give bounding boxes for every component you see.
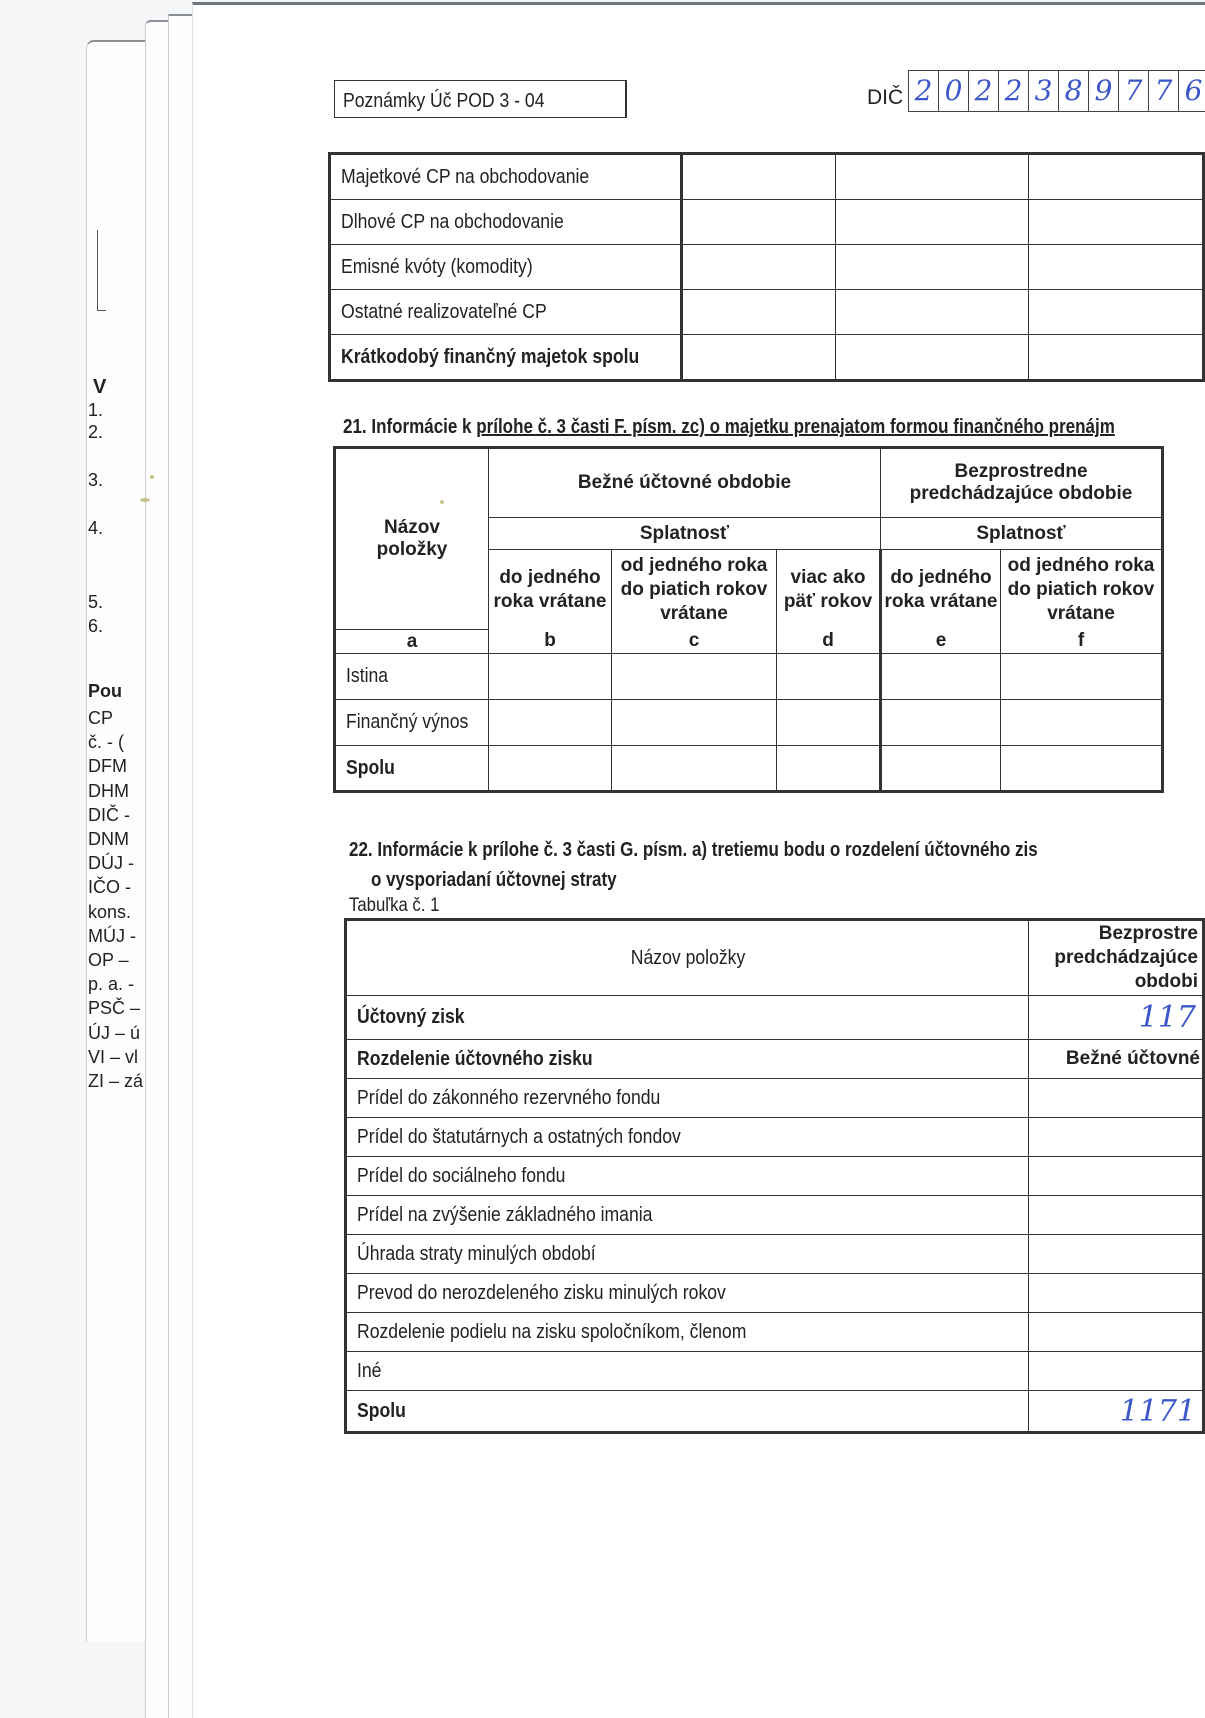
value-cell[interactable] xyxy=(1001,654,1163,700)
table-caption: Tabuľka č. 1 xyxy=(349,895,452,917)
column-letter: e xyxy=(881,630,1001,654)
peek-number: 2. xyxy=(88,422,103,443)
column-letter: c xyxy=(612,630,777,654)
peek-abbrev-item: p. a. - xyxy=(88,972,143,996)
maturity-column-header: do jedného roka vrátane xyxy=(881,550,1001,630)
value-cell[interactable] xyxy=(1001,700,1163,746)
table-row: Prídel do sociálneho fondu xyxy=(346,1157,1204,1196)
value-cell[interactable] xyxy=(777,654,881,700)
peek-number: 1. xyxy=(88,398,103,422)
peek-abbrev-title: Pou xyxy=(88,681,122,702)
dic-digit-box[interactable]: 7 xyxy=(1149,71,1179,111)
dic-digit-box[interactable]: 2 xyxy=(909,71,939,111)
peek-number: 6. xyxy=(88,616,103,637)
section-21-title: 21. Informácie k prílohe č. 3 časti F. p… xyxy=(343,416,1205,439)
table-row: Krátkodobý finančný majetok spolu xyxy=(330,335,1204,381)
maturity-column-header: od jedného roka do piatich rokov vrátane xyxy=(612,550,777,630)
row-label: Finančný výnos xyxy=(335,700,489,746)
profit-row-label: Účtovný zisk xyxy=(346,996,1029,1040)
value-cell[interactable] xyxy=(1029,154,1204,200)
value-cell[interactable] xyxy=(1001,746,1163,792)
maturity-header: Splatnosť xyxy=(881,518,1163,550)
row-label: Istina xyxy=(335,654,489,700)
value-cell[interactable] xyxy=(1029,1196,1204,1235)
value-cell[interactable] xyxy=(681,200,835,245)
column-letter: b xyxy=(489,630,612,654)
dic-digit-box[interactable]: 2 xyxy=(969,71,999,111)
table-row: Rozdelenie podielu na zisku spoločníkom,… xyxy=(346,1313,1204,1352)
peek-abbrev-item: IČO - xyxy=(88,875,143,899)
current-period-header: Bežné účtovné obdobie xyxy=(489,448,881,518)
section-22-title: 22. Informácie k prílohe č. 3 časti G. p… xyxy=(349,835,1159,895)
dic-digit-box[interactable]: 8 xyxy=(1059,71,1089,111)
financial-lease-table: Názov položky Bežné účtovné obdobie Bezp… xyxy=(333,446,1164,793)
col-name-header: Názov položky xyxy=(335,448,489,630)
value-cell[interactable] xyxy=(777,700,881,746)
scan-speck xyxy=(140,498,150,502)
scan-speck xyxy=(150,475,154,479)
peek-abbrev-item: ZI – zá xyxy=(88,1069,143,1093)
maturity-column-header: od jedného roka do piatich rokov vrátane xyxy=(1001,550,1163,630)
table-row: Finančný výnos xyxy=(335,700,1163,746)
row-label: Iné xyxy=(346,1352,1029,1391)
table-row: Prevod do nerozdeleného zisku minulých r… xyxy=(346,1274,1204,1313)
row-label: Prídel do sociálneho fondu xyxy=(346,1157,1029,1196)
row-label: Ostatné realizovateľné CP xyxy=(330,290,682,335)
value-cell[interactable] xyxy=(612,746,777,792)
peek-number: 4. xyxy=(88,518,103,539)
peek-abbrev-item: DIČ - xyxy=(88,803,143,827)
value-cell[interactable] xyxy=(777,746,881,792)
scan-speck xyxy=(440,500,444,504)
value-cell[interactable] xyxy=(836,154,1029,200)
table-row: Istina xyxy=(335,654,1163,700)
row-label: Prídel na zvýšenie základného imania xyxy=(346,1196,1029,1235)
dic-label: DIČ xyxy=(867,86,903,110)
peek-heading: V xyxy=(93,376,106,399)
row-label: Emisné kvóty (komodity) xyxy=(330,245,682,290)
value-cell[interactable] xyxy=(1029,1157,1204,1196)
dic-digit-box[interactable]: 9 xyxy=(1089,71,1119,111)
peek-abbrev-item: DHM xyxy=(88,779,143,803)
value-cell[interactable] xyxy=(836,200,1029,245)
value-cell[interactable] xyxy=(681,335,835,381)
value-cell[interactable] xyxy=(1029,200,1204,245)
dic-digit-box[interactable]: 3 xyxy=(1029,71,1059,111)
row-label: Rozdelenie podielu na zisku spoločníkom,… xyxy=(346,1313,1029,1352)
value-cell[interactable] xyxy=(612,700,777,746)
table-row: Úhrada straty minulých období xyxy=(346,1235,1204,1274)
dic-digit-boxes[interactable]: 2022389776 xyxy=(908,70,1205,112)
value-cell[interactable] xyxy=(836,290,1029,335)
total-value[interactable]: 1171 xyxy=(1029,1391,1204,1433)
peek-number: 5. xyxy=(88,592,103,613)
row-label: Prevod do nerozdeleného zisku minulých r… xyxy=(346,1274,1029,1313)
value-cell[interactable] xyxy=(1029,335,1204,381)
dic-digit-box[interactable]: 7 xyxy=(1119,71,1149,111)
row-label: Prídel do štatutárnych a ostatných fondo… xyxy=(346,1118,1029,1157)
table-row: Prídel do zákonného rezervného fondu xyxy=(346,1079,1204,1118)
value-cell[interactable] xyxy=(1029,1352,1204,1391)
col-name-header: Názov položky xyxy=(346,920,1029,996)
current-period-header: Bežné účtovné xyxy=(1029,1040,1204,1079)
value-cell[interactable] xyxy=(1029,1235,1204,1274)
value-cell[interactable] xyxy=(1029,1274,1204,1313)
value-cell[interactable] xyxy=(681,290,835,335)
peek-abbrev-item: CP xyxy=(88,706,143,730)
column-letter: a xyxy=(335,630,489,654)
value-cell[interactable] xyxy=(881,654,1001,700)
column-letter: d xyxy=(777,630,881,654)
value-cell[interactable] xyxy=(1029,1079,1204,1118)
value-cell[interactable] xyxy=(836,245,1029,290)
peek-abbrev-item: č. - ( xyxy=(88,730,143,754)
peek-number: 3. xyxy=(88,470,103,491)
peek-abbrev-list: CPč. - (DFMDHMDIČ -DNMDÚJ -IČO -kons.MÚJ… xyxy=(88,706,143,1093)
dic-digit-box[interactable]: 0 xyxy=(939,71,969,111)
form-code: Poznámky Úč POD 3 - 04 xyxy=(343,90,544,113)
value-cell[interactable] xyxy=(1029,245,1204,290)
back-page-box-edge xyxy=(97,230,106,311)
value-cell[interactable] xyxy=(489,700,612,746)
table-row: Dlhové CP na obchodovanie xyxy=(330,200,1204,245)
value-cell[interactable] xyxy=(681,245,835,290)
value-cell[interactable] xyxy=(612,654,777,700)
row-label: Krátkodobý finančný majetok spolu xyxy=(330,335,682,381)
peek-abbrev-item: DNM xyxy=(88,827,143,851)
value-cell[interactable] xyxy=(489,746,612,792)
table-row: Spolu xyxy=(335,746,1163,792)
maturity-column-header: do jedného roka vrátane xyxy=(489,550,612,630)
row-label: Majetkové CP na obchodovanie xyxy=(330,154,682,200)
row-label: Spolu xyxy=(346,1391,1029,1433)
row-label: Spolu xyxy=(335,746,489,792)
value-cell[interactable] xyxy=(881,700,1001,746)
table-row: Prídel na zvýšenie základného imania xyxy=(346,1196,1204,1235)
peek-abbrev-item: DFM xyxy=(88,754,143,778)
table-row: Ostatné realizovateľné CP xyxy=(330,290,1204,335)
row-label: Úhrada straty minulých období xyxy=(346,1235,1029,1274)
peek-abbrev-item: DÚJ - xyxy=(88,851,143,875)
value-cell[interactable] xyxy=(881,746,1001,792)
profit-distribution-table: Názov položky Bezprostre predchádzajúce … xyxy=(344,918,1205,1434)
table-row: Iné xyxy=(346,1352,1204,1391)
previous-period-header: Bezprostre predchádzajúce obdobi xyxy=(1029,920,1204,996)
peek-abbrev-item: kons. xyxy=(88,900,143,924)
row-label: Dlhové CP na obchodovanie xyxy=(330,200,682,245)
value-cell[interactable] xyxy=(489,654,612,700)
form-code-box: Poznámky Úč POD 3 - 04 xyxy=(334,80,627,118)
row-label: Prídel do zákonného rezervného fondu xyxy=(346,1079,1029,1118)
distribution-row-label: Rozdelenie účtovného zisku xyxy=(346,1040,1029,1079)
peek-abbrev-item: OP – xyxy=(88,948,143,972)
column-letter: f xyxy=(1001,630,1163,654)
table-row: Emisné kvóty (komodity) xyxy=(330,245,1204,290)
dic-digit-box[interactable]: 6 xyxy=(1179,71,1205,111)
peek-abbrev-item: PSČ – xyxy=(88,996,143,1020)
peek-abbrev-item: VI – vl xyxy=(88,1045,143,1069)
value-cell[interactable] xyxy=(1029,290,1204,335)
dic-digit-box[interactable]: 2 xyxy=(999,71,1029,111)
back-page-peek-text: V 1. 2. 3. 4. 5. 6. Pou CPč. - (DFMDHMDI… xyxy=(88,376,148,1196)
peek-abbrev-item: ÚJ – ú xyxy=(88,1021,143,1045)
table-row: Majetkové CP na obchodovanie xyxy=(330,154,1204,200)
value-cell[interactable] xyxy=(1029,1313,1204,1352)
table-row: Prídel do štatutárnych a ostatných fondo… xyxy=(346,1118,1204,1157)
total-row: Spolu1171 xyxy=(346,1391,1204,1433)
previous-period-header: Bezprostredne predchádzajúce obdobie xyxy=(881,448,1163,518)
maturity-column-header: viac ako päť rokov xyxy=(777,550,881,630)
value-cell[interactable] xyxy=(1029,1118,1204,1157)
value-cell[interactable] xyxy=(681,154,835,200)
peek-abbrev-item: MÚJ - xyxy=(88,924,143,948)
profit-previous-value[interactable]: 117 xyxy=(1029,996,1204,1040)
maturity-header: Splatnosť xyxy=(489,518,881,550)
value-cell[interactable] xyxy=(836,335,1029,381)
short-term-financial-assets-table: Majetkové CP na obchodovanieDlhové CP na… xyxy=(328,152,1205,382)
